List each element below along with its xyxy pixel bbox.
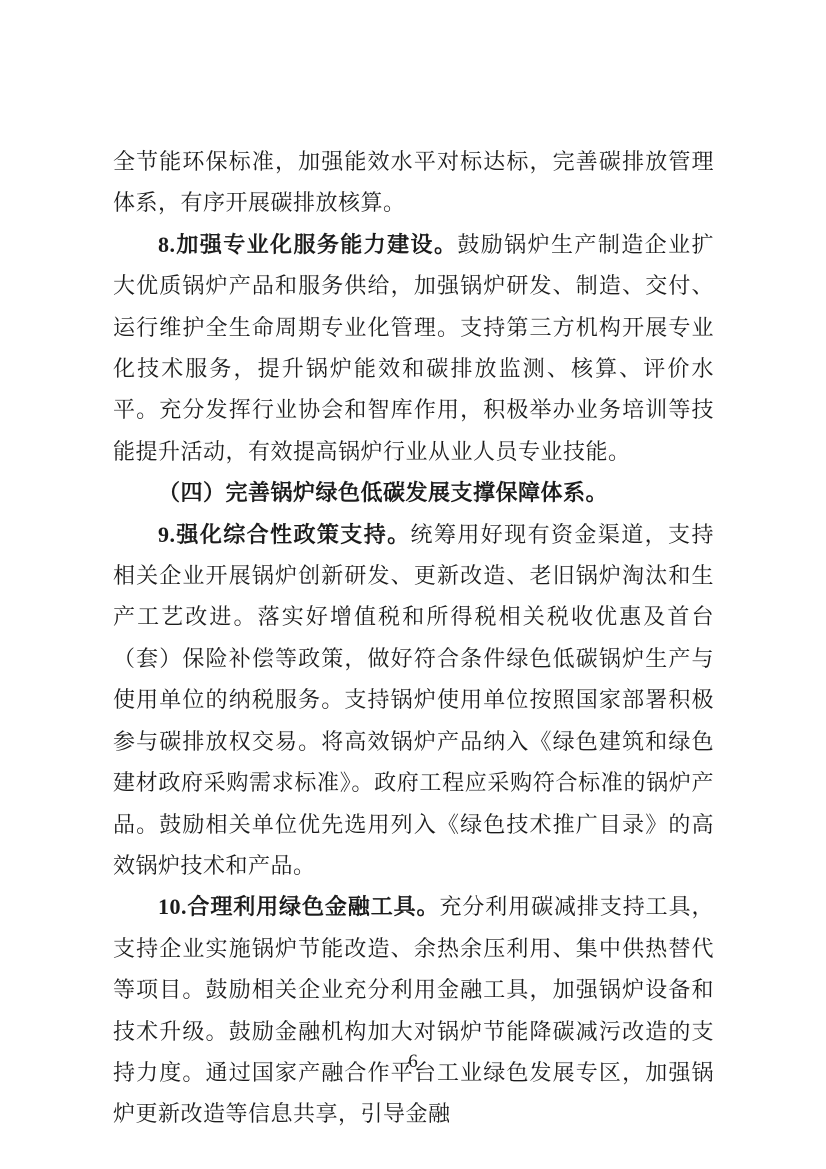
paragraph-text: 全节能环保标准，加强能效水平对标达标，完善碳排放管理体系，有序开展碳排放核算。 (113, 149, 714, 215)
paragraph-item-8: 8.加强专业化服务能力建设。鼓励锅炉生产制造企业扩大优质锅炉产品和服务供给，加强… (113, 224, 714, 472)
paragraph-lead: 8.加强专业化服务能力建设。 (158, 232, 457, 257)
section-heading-4: （四）完善锅炉绿色低碳发展支撑保障体系。 (113, 472, 714, 513)
page-number: 6 (0, 1048, 826, 1076)
document-page: 全节能环保标准，加强能效水平对标达标，完善碳排放管理体系，有序开展碳排放核算。8… (0, 0, 826, 1169)
paragraph-lead: 10.合理利用绿色金融工具。 (158, 894, 439, 919)
document-body: 全节能环保标准，加强能效水平对标达标，完善碳排放管理体系，有序开展碳排放核算。8… (113, 141, 714, 1135)
paragraph-item-9: 9.强化综合性政策支持。统筹用好现有资金渠道，支持相关企业开展锅炉创新研发、更新… (113, 514, 714, 887)
paragraph-continuation: 全节能环保标准，加强能效水平对标达标，完善碳排放管理体系，有序开展碳排放核算。 (113, 141, 714, 224)
paragraph-text: 统筹用好现有资金渠道，支持相关企业开展锅炉创新研发、更新改造、老旧锅炉淘汰和生产… (113, 522, 714, 878)
paragraph-text: 充分利用碳减排支持工具，支持企业实施锅炉节能改造、余热余压利用、集中供热替代等项… (113, 894, 714, 1126)
paragraph-lead: （四）完善锅炉绿色低碳发展支撑保障体系。 (158, 480, 608, 505)
paragraph-text: 鼓励锅炉生产制造企业扩大优质锅炉产品和服务供给，加强锅炉研发、制造、交付、运行维… (113, 232, 714, 464)
paragraph-item-10: 10.合理利用绿色金融工具。充分利用碳减排支持工具，支持企业实施锅炉节能改造、余… (113, 886, 714, 1134)
paragraph-lead: 9.强化综合性政策支持。 (158, 522, 411, 547)
